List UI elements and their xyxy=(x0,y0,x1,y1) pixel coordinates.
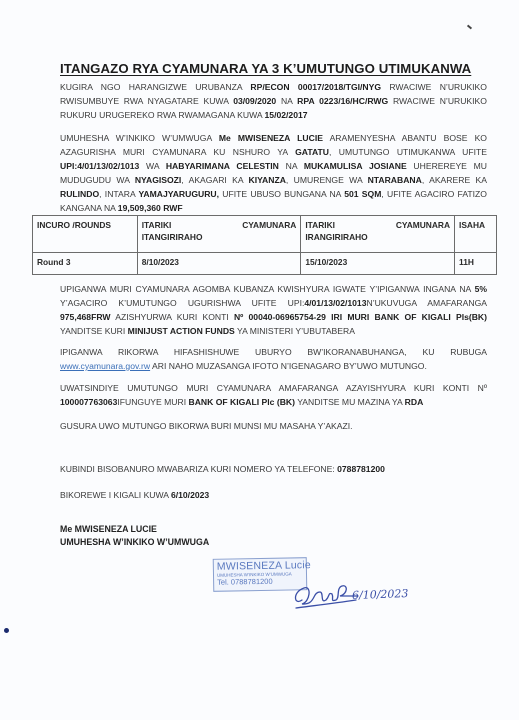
judgment-date-2: 15/02/2017 xyxy=(265,110,308,120)
deposit-upi: 4/01/13/02/1013 xyxy=(304,298,366,308)
stamp-name: MWISENEZA Lucie xyxy=(214,558,306,573)
issue-date: 6/10/2023 xyxy=(171,490,209,500)
header-start-date: ITARIKICYAMUNARA ITANGIRIRAHO xyxy=(137,216,301,253)
deposit-account: Nº 00040-06965754-29 IRI MURI BANK OF KI… xyxy=(234,312,487,322)
cell-round: Round 3 xyxy=(33,253,138,275)
bailiff-name: Me MWISENEZA LUCIE xyxy=(219,133,323,143)
winner-account-name: RDA xyxy=(405,397,424,407)
document-page: ITANGAZO RYA CYAMUNARA YA 3 K’UMUTUNGO U… xyxy=(0,0,519,720)
cell: KIYANZA xyxy=(249,175,286,185)
owner-1: HABYARIMANA CELESTIN xyxy=(166,161,279,171)
header-rounds: INCURO /ROUNDS xyxy=(33,216,138,253)
property-area: 501 SQM xyxy=(344,189,381,199)
document-title: ITANGAZO RYA CYAMUNARA YA 3 K’UMUTUNGO U… xyxy=(60,61,460,76)
signatory-block: Me MWISENEZA LUCIE UMUHESHA W’INKIKO W’U… xyxy=(60,523,209,549)
auction-rounds-table: INCURO /ROUNDS ITARIKICYAMUNARA ITANGIRI… xyxy=(32,215,497,275)
case-number-1: RP/ECON 00017/2018/TGI/NYG xyxy=(250,82,381,92)
table-header-row: INCURO /ROUNDS ITARIKICYAMUNARA ITANGIRI… xyxy=(33,216,497,253)
ink-dot xyxy=(4,628,9,633)
paragraph-online-bidding: IPIGANWA RIKORWA HIFASHISHUWE UBURYO BW’… xyxy=(60,345,487,373)
signatory-name: Me MWISENEZA LUCIE xyxy=(60,523,209,536)
paragraph-contact: KUBINDI BISOBANURO MWABARIZA KURI NOMERO… xyxy=(60,462,487,476)
paragraph-property-description: UMUHESHA W’INKIKO W’UMWUGA Me MWISENEZA … xyxy=(60,131,487,215)
cell-hour: 11H xyxy=(455,253,497,275)
district: RULINDO xyxy=(60,189,99,199)
signature-icon xyxy=(290,578,360,612)
winner-account: 100007763063 xyxy=(60,397,117,407)
paragraph-issued: BIKOREWE I KIGALI KUWA 6/10/2023 xyxy=(60,488,487,502)
table-row: Round 3 8/10/2023 15/10/2023 11H xyxy=(33,253,497,275)
deposit-percent: 5% xyxy=(475,284,487,294)
scan-speck xyxy=(467,25,472,30)
contact-phone: 0788781200 xyxy=(337,464,385,474)
signatory-role: UMUHESHA W’INKIKO W’UMWUGA xyxy=(60,536,209,549)
judgment-date-1: 03/09/2020 xyxy=(233,96,276,106)
owner-2: MUKAMULISA JOSIANE xyxy=(304,161,407,171)
property-value: 19,509,360 RWF xyxy=(118,203,183,213)
handwritten-date: 6/10/2023 xyxy=(352,587,409,602)
paragraph-case-reference: KUGIRA NGO HARANGIZWE URUBANZA RP/ECON 0… xyxy=(60,80,487,122)
header-hour: ISAHA xyxy=(455,216,497,253)
cell-end-date: 15/10/2023 xyxy=(301,253,455,275)
property-upi: UPI:4/01/13/02/1013 xyxy=(60,161,139,171)
winner-bank: BANK OF KIGALI Plc (BK) xyxy=(189,397,295,407)
sector: NTARABANA xyxy=(368,175,422,185)
province: YAMAJYARUGURU, xyxy=(138,189,219,199)
header-end-date: ITARIKICYAMUNARA IRANGIRIRAHO xyxy=(301,216,455,253)
paragraph-winner-payment: UWATSINDIYE UMUTUNGO MURI CYAMUNARA AMAF… xyxy=(60,381,487,409)
village: NYAGISOZI xyxy=(135,175,181,185)
cell-start-date: 8/10/2023 xyxy=(137,253,301,275)
paragraph-deposit: UPIGANWA MURI CYAMUNARA AGOMBA KUBANZA K… xyxy=(60,282,487,338)
deposit-account-name: MINIJUST ACTION FUNDS xyxy=(128,326,235,336)
paragraph-visiting: GUSURA UWO MUTUNGO BIKORWA BURI MUNSI MU… xyxy=(60,419,487,433)
auction-website-link[interactable]: www.cyamunara.gov.rw xyxy=(60,361,150,371)
case-number-2: RPA 0223/16/HC/RWG xyxy=(297,96,388,106)
deposit-amount: 975,468FRW xyxy=(60,312,110,322)
auction-round-word: GATATU xyxy=(295,147,329,157)
